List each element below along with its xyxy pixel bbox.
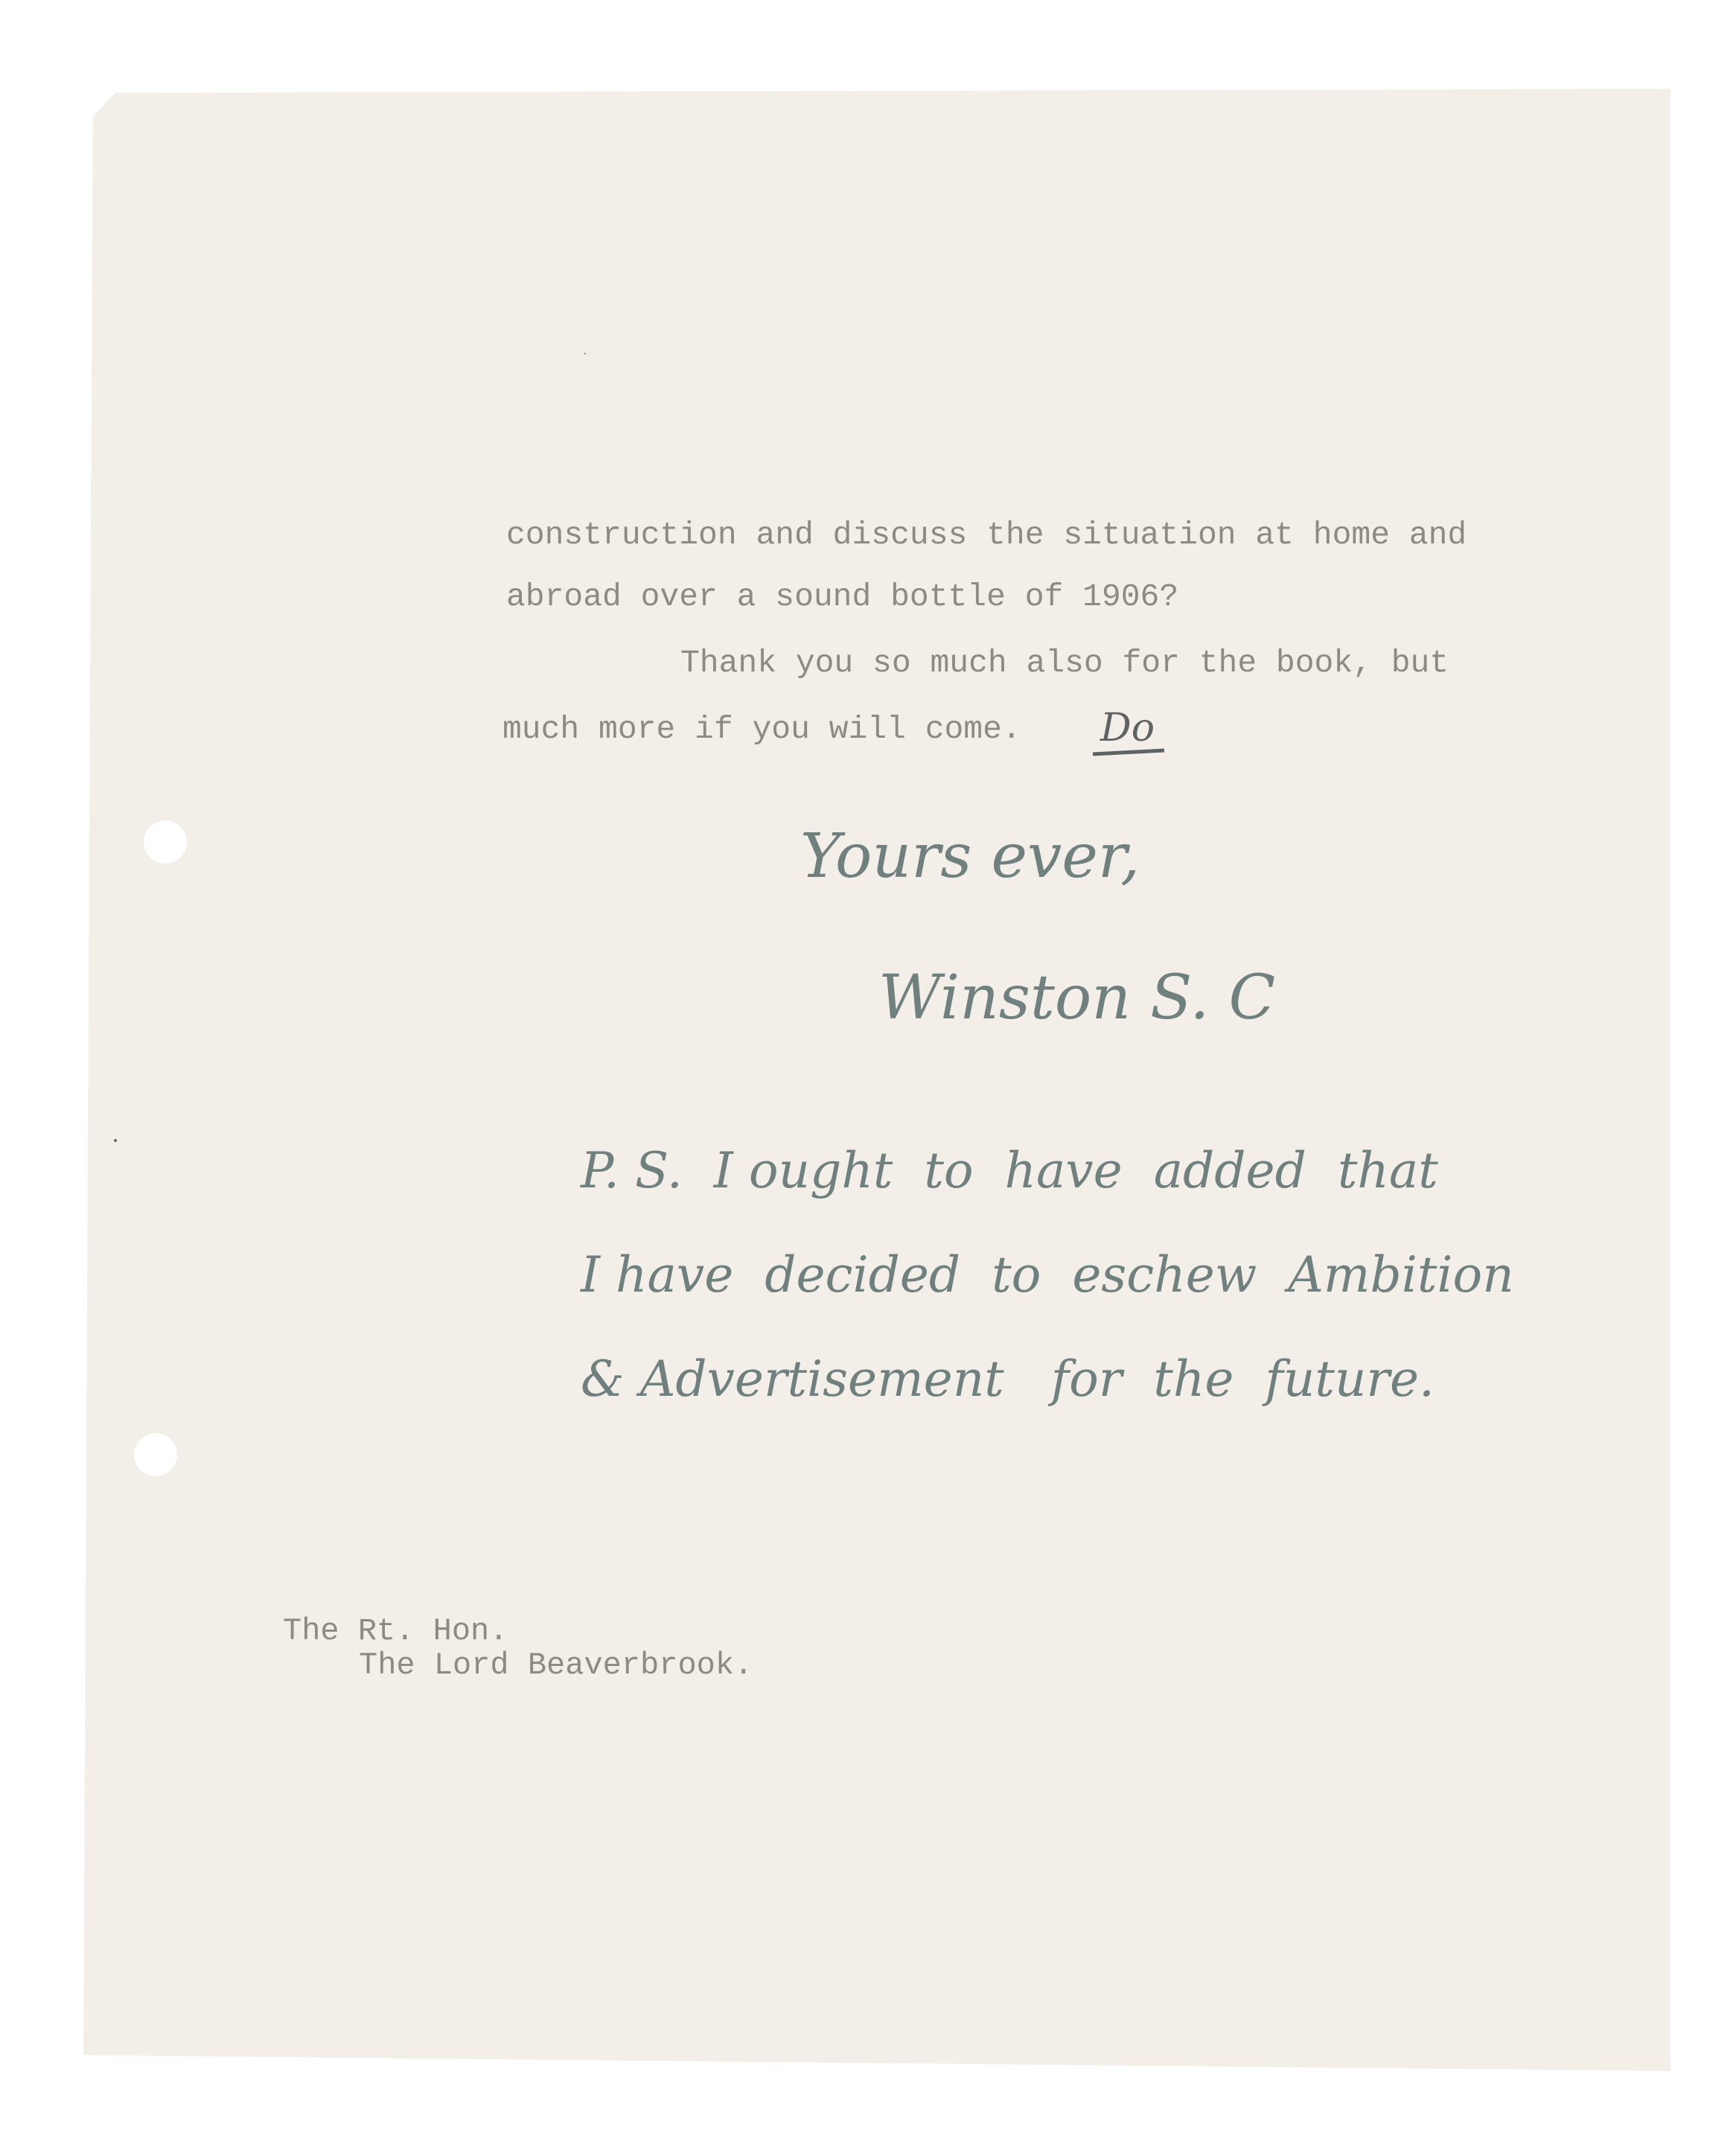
punch-hole-bottom — [134, 1433, 177, 1476]
postscript-line-2: I have decided to eschew Ambition — [581, 1251, 1514, 1300]
body-line-4: much more if you will come. — [502, 713, 1021, 745]
addressee-line-2: The Lord Beaverbrook. — [359, 1650, 753, 1681]
body-line-2: abroad over a sound bottle of 1906? — [506, 581, 1178, 613]
paper-speck — [114, 1139, 117, 1142]
postscript-line-3: & Advertisement for the future. — [581, 1355, 1435, 1404]
punch-hole-top — [144, 820, 187, 864]
postscript-line-1: P. S. I ought to have added that — [581, 1146, 1438, 1196]
signature: Winston S. C — [878, 968, 1275, 1029]
paper-speck — [584, 353, 586, 354]
letter-page — [83, 85, 1670, 2071]
closing-salutation: Yours ever, — [800, 826, 1140, 887]
body-line-3: Thank you so much also for the book, but — [680, 647, 1449, 679]
addressee-line-1: The Rt. Hon. — [283, 1615, 508, 1647]
handwritten-do-emphasis: Do — [1100, 706, 1155, 750]
body-line-1: construction and discuss the situation a… — [506, 519, 1467, 551]
